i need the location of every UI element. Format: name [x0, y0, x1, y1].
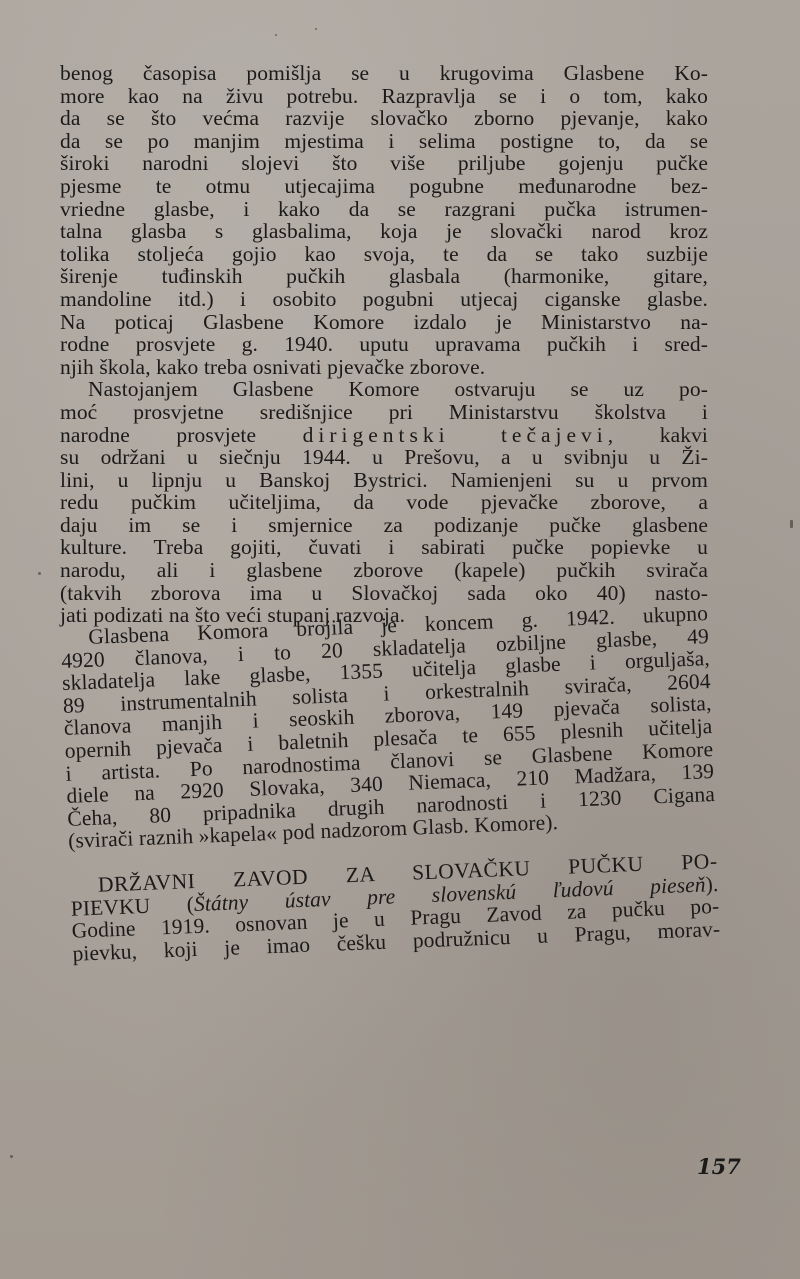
text-line: narodne prosvjete dirigentski tečajevi, …: [60, 424, 708, 447]
body-text: benog časopisa pomišlja se u krugovima G…: [60, 62, 708, 965]
paragraph-2: Nastojanjem Glasbene Komore ostvaruju se…: [60, 378, 708, 627]
lower-section: Glasbena Komora brojila je koncem g. 194…: [60, 602, 721, 965]
paper-speck: [275, 34, 277, 36]
paragraph-1: benog časopisa pomišlja se u krugovima G…: [60, 62, 708, 378]
text-line: narodu, ali i glasbene zborove (kapele) …: [60, 559, 708, 582]
paper-speck: [38, 572, 41, 575]
text-line: njih škola, kako treba osnivati pjevačke…: [60, 356, 708, 379]
text-line: tolika stoljeća gojio kao svoja, te da s…: [60, 243, 708, 266]
paper-speck: [790, 520, 793, 528]
paper-speck: [10, 1155, 13, 1158]
text-line: da se što većma razvije slovačko zborno …: [60, 107, 708, 130]
text-line: lini, u lipnju u Banskoj Bystrici. Namie…: [60, 469, 708, 492]
text-line: (takvih zborova ima u Slovačkoj sada oko…: [60, 582, 708, 605]
spaced-emphasis: dirigentski tečajevi: [303, 423, 608, 447]
text-line: moć prosvjetne središnjice pri Ministars…: [60, 401, 708, 424]
text-line: mandoline itd.) i osobito pogubni utjeca…: [60, 288, 708, 311]
text-line: kulture. Treba gojiti, čuvati i sabirati…: [60, 536, 708, 559]
text-line: Nastojanjem Glasbene Komore ostvaruju se…: [60, 378, 708, 401]
text-line: vriedne glasbe, i kako da se razgrani pu…: [60, 198, 708, 221]
text-run: , kakvi: [608, 423, 708, 447]
text-line: rodne prosvjete g. 1940. uputu upravama …: [60, 333, 708, 356]
text-line: benog časopisa pomišlja se u krugovima G…: [60, 62, 708, 85]
text-line: širenje tuđinskih pučkih glasbala (harmo…: [60, 265, 708, 288]
text-line: su održani u siečnju 1944. u Prešovu, a …: [60, 446, 708, 469]
text-line: more kao na živu potrebu. Razpravlja se …: [60, 85, 708, 108]
paper-speck: [315, 28, 317, 30]
page-number: 157: [697, 1154, 741, 1179]
text-run: narodne prosvjete: [60, 423, 303, 447]
text-line: Na poticaj Glasbene Komore izdalo je Min…: [60, 311, 708, 334]
book-page: benog časopisa pomišlja se u krugovima G…: [0, 0, 800, 1279]
text-line: talna glasba s glasbalima, koja je slova…: [60, 220, 708, 243]
text-line: pjesme te otmu utjecajima pogubne međuna…: [60, 175, 708, 198]
text-line: da se po manjim mjestima i selima postig…: [60, 130, 708, 153]
text-line: daju im se i smjernice za podizanje pučk…: [60, 514, 708, 537]
paragraph-3: Glasbena Komora brojila je koncem g. 194…: [60, 602, 716, 853]
text-line: redu pučkim učiteljima, da vode pjevačke…: [60, 491, 708, 514]
text-line: široki narodni slojevi što više priljube…: [60, 152, 708, 175]
text-run: ).: [705, 871, 719, 895]
